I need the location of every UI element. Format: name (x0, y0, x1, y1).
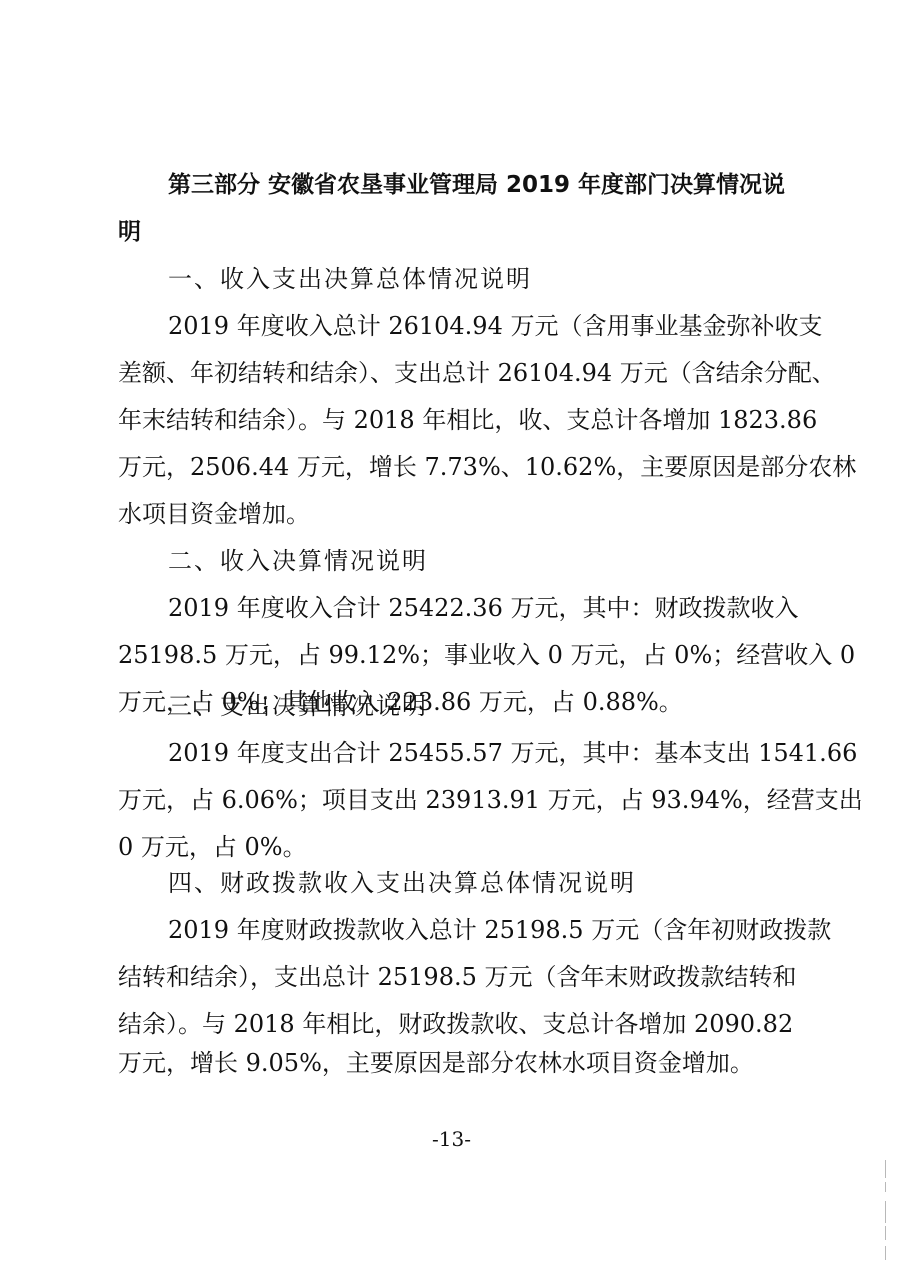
paragraph-line: 万元，2506.44 万元，增长 7.73%、10.62%，主要原因是部分农林 (118, 452, 783, 482)
paragraph-line: 结余）。与 2018 年相比，财政拨款收、支总计各增加 2090.82 (118, 1009, 783, 1039)
paragraph-line: 水项目资金增加。 (118, 499, 783, 529)
scan-edge-mark (885, 1246, 886, 1260)
document-page: 第三部分 安徽省农垦事业管理局 2019 年度部门决算情况说 明 一、收入支出决… (0, 0, 900, 1273)
paragraph-line: 2019 年度财政拨款收入总计 25198.5 万元（含年初财政拨款 (168, 915, 783, 945)
scan-edge-mark (885, 1201, 886, 1223)
document-title-line-2: 明 (118, 217, 783, 247)
section-heading-income-expenditure-overview: 一、收入支出决算总体情况说明 (168, 264, 783, 294)
paragraph-line: 万元，占 6.06%；项目支出 23913.91 万元，占 93.94%，经营支… (118, 785, 783, 815)
scan-edge-mark (885, 1226, 886, 1240)
scan-edge-mark (885, 1160, 886, 1178)
paragraph-line: 2019 年度收入合计 25422.36 万元，其中：财政拨款收入 (168, 593, 783, 623)
paragraph-line: 年末结转和结余）。与 2018 年相比，收、支总计各增加 1823.86 (118, 405, 783, 435)
scan-edge-mark (885, 1182, 886, 1192)
paragraph-line: 25198.5 万元，占 99.12%；事业收入 0 万元，占 0%；经营收入 … (118, 640, 783, 670)
page-number: -13- (432, 1127, 471, 1151)
section-heading-fiscal-appropriation: 四、财政拨款收入支出决算总体情况说明 (168, 868, 783, 898)
section-heading-expenditure: 三、支出决算情况说明 (168, 691, 783, 721)
paragraph-line: 2019 年度支出合计 25455.57 万元，其中：基本支出 1541.66 (168, 738, 783, 768)
section-heading-income: 二、收入决算情况说明 (168, 546, 783, 576)
paragraph-line: 0 万元，占 0%。 (118, 832, 783, 862)
document-title-line-1: 第三部分 安徽省农垦事业管理局 2019 年度部门决算情况说 (168, 170, 783, 200)
paragraph-line: 结转和结余），支出总计 25198.5 万元（含年末财政拨款结转和 (118, 962, 783, 992)
paragraph-line: 2019 年度收入总计 26104.94 万元（含用事业基金弥补收支 (168, 311, 783, 341)
paragraph-line: 差额、年初结转和结余）、支出总计 26104.94 万元（含结余分配、 (118, 358, 783, 388)
paragraph-line: 万元，增长 9.05%，主要原因是部分农林水项目资金增加。 (118, 1048, 783, 1078)
